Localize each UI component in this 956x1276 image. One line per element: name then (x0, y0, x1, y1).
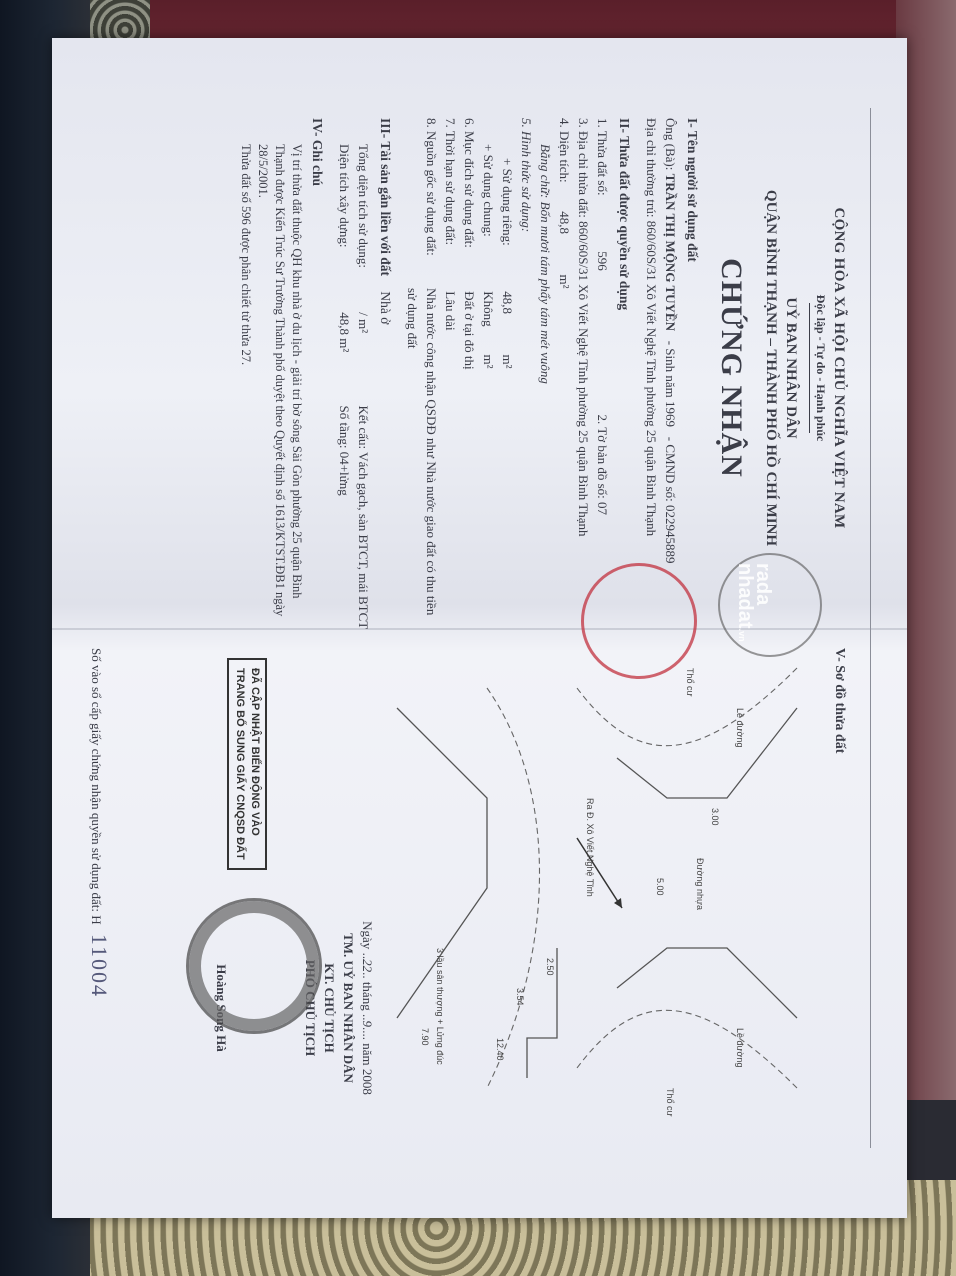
map-sheet: 2. Tờ bản đồ số: 07 (595, 415, 610, 516)
section-1-heading: I- Tên người sử dụng đất (684, 118, 700, 618)
purpose-value: Đất ở tại đô thị (462, 291, 477, 369)
registry-prefix: H (89, 915, 104, 924)
label-existing-1: Thổ cư (685, 668, 695, 697)
road-edge-2 (577, 1010, 797, 1088)
built-area-label: Diện tích xây dựng: (335, 144, 354, 309)
section-3-line: III- Tài sản gắn liền với đất Nhà ở (377, 118, 393, 618)
term-line: 7. Thời hạn sử dụng đất: Lâu dài (441, 118, 460, 618)
watermark-logo: rada nhadat.vn (733, 563, 772, 642)
area-words: Bốn mươi tám phẩy tám mét vuông (538, 202, 553, 384)
watermark-line2: nhadat (734, 563, 756, 629)
built-area-line: Diện tích xây dựng: 48,8 m² Số tầng: 04+… (335, 118, 354, 618)
document-title: CHỨNG NHẬN (714, 118, 748, 618)
origin-value: Nhà nước công nhận QSDĐ như Nhà nước gia… (403, 288, 441, 618)
owner-birth: - Sinh năm 1969 (663, 341, 678, 427)
official-seal (186, 898, 322, 1034)
area-line: 4. Diện tích: 48,8 m² (555, 118, 574, 618)
dim-4: 3.54 (515, 988, 525, 1006)
org-name: UỶ BAN NHÂN DÂN (782, 118, 799, 618)
dim-1: 3.00 (710, 808, 720, 826)
total-floor-line: Tổng diện tích sử dụng: / m² Kết cấu: Vá… (354, 118, 373, 618)
total-floor-label: Tổng diện tích sử dụng: (354, 144, 373, 309)
land-certificate-sheet: CỘNG HÒA XÃ HỘI CHỦ NGHĨA VIỆT NAM Độc l… (52, 38, 907, 1218)
parcel-line: 1. Thửa đất số: 596 2. Tờ bản đồ số: 07 (593, 118, 612, 618)
floors-value: Số tầng: 04+lửng (337, 406, 352, 496)
section-3-heading: III- Tài sản gắn liền với đất (377, 118, 393, 288)
note-1: Vị trí thửa đất thuộc QH khu nhà ở du lị… (254, 118, 305, 618)
area-unit: m² (557, 275, 572, 289)
owner-line: Ông (Bà): TRẦN THỊ MỘNG TUYỀN - Sinh năm… (661, 118, 680, 618)
issue-year: năm 2008 (360, 1043, 375, 1095)
org-district: QUẬN BÌNH THẠNH – THÀNH PHỐ HỒ CHÍ MINH (762, 118, 779, 618)
month-prefix: tháng (360, 982, 375, 1011)
diagram-labels: Ra Đ. Xô Viết Nghệ Tĩnh Đường nhựa Lề đư… (420, 668, 745, 1117)
private-use-label: + Sử dụng riêng: (498, 158, 517, 288)
arrow-head (614, 898, 622, 908)
section-5-heading: V- Sơ đồ thửa đất (831, 648, 847, 1168)
update-stamp-line2: TRANG BỔ SUNG GIẤY CNQSD ĐẤT (232, 668, 247, 860)
motto-underline (809, 303, 810, 433)
section-4-heading: IV- Ghi chú (309, 118, 325, 618)
shared-use-unit: m² (481, 355, 496, 369)
road-edge-3 (487, 688, 540, 1088)
issue-month: 9 (360, 1020, 375, 1027)
area-value: 48,8 (555, 211, 574, 271)
shared-use-label: + Sử dụng chung: (479, 144, 498, 288)
label-road: Đường nhựa (695, 858, 705, 910)
built-area-value: 48,8 m² (335, 312, 354, 402)
usage-form-label: 5. Hình thức sử dụng: (517, 118, 536, 618)
update-stamp-line1: ĐÃ CẬP NHẬT BIẾN ĐỘNG VÀO (247, 668, 262, 860)
registry-number: 11004 (87, 934, 112, 998)
origin-label: 8. Nguồn gốc sử dụng đất: (403, 118, 441, 288)
area-words-label: Bằng chữ: (538, 144, 553, 198)
date-prefix: Ngày (360, 921, 375, 949)
label-sidewalk-1: Lề đường (735, 708, 745, 747)
total-floor-value: / m² (354, 312, 373, 402)
parcel-address-line: 3. Địa chỉ thửa đất: 860/60S/31 Xô Viết … (574, 118, 593, 618)
parcel-address: 860/60S/31 Xô Viết Nghệ Tĩnh phường 25 q… (576, 221, 591, 536)
direction-arrow (577, 838, 622, 908)
label-sidewalk-2: Lề đường (735, 1028, 745, 1067)
purpose-line: 6. Mục đích sử dụng đất: Đất ở tại đô th… (460, 118, 479, 618)
registry-label: Số vào sổ cấp giấy chứng nhận quyền sử d… (89, 648, 104, 912)
origin-line: 8. Nguồn gốc sử dụng đất: Nhà nước công … (403, 118, 441, 618)
label-existing-2: Thổ cư (665, 1088, 675, 1117)
structure-value: Kết cấu: Vách gạch, sàn BTCT, mái BTCT (356, 406, 371, 630)
shared-use-value: Không (479, 291, 498, 351)
private-use-line: + Sử dụng riêng: 48,8 m² (498, 118, 517, 618)
owner-address: Địa chỉ thường trú: 860/60S/31 Xô Viết N… (642, 118, 661, 618)
shared-use-line: + Sử dụng chung: Không m² (479, 118, 498, 618)
private-use-value: 48,8 (498, 291, 517, 351)
term-value: Lâu dài (443, 291, 458, 330)
role-1: KT. CHỦ TỊCH (322, 963, 337, 1052)
owner-label: Ông (Bà): (663, 118, 678, 170)
area-words-line: Bằng chữ: Bốn mươi tám phẩy tám mét vuôn… (536, 118, 555, 618)
update-stamp: ĐÃ CẬP NHẬT BIẾN ĐỘNG VÀO TRANG BỔ SUNG … (227, 658, 267, 870)
issue-day: 22 (360, 959, 375, 972)
parcel-diagram: Ra Đ. Xô Viết Nghệ Tĩnh Đường nhựa Lề đư… (387, 648, 817, 1148)
boundary-topleft (617, 708, 797, 798)
registry-line: Số vào sổ cấp giấy chứng nhận quyền sử d… (86, 648, 112, 998)
parcel-label: 1. Thửa đất số: (593, 118, 612, 248)
motto: Độc lập - Tự do - Hạnh phúc (813, 118, 828, 618)
dim-3: 2.50 (545, 958, 555, 976)
boundary-topright (617, 948, 797, 1018)
parcel-address-label: 3. Địa chỉ thửa đất: (576, 118, 591, 218)
term-label: 7. Thời hạn sử dụng đất: (441, 118, 460, 288)
note-2: Thửa đất số 596 được phân chiết từ thửa … (237, 118, 254, 618)
watermark-suffix: .vn (737, 629, 747, 642)
issue-date: Ngày ..22.. tháng ..9.... năm 2008 (358, 858, 377, 1158)
asset-type: Nhà ở (378, 291, 393, 324)
private-use-unit: m² (500, 355, 515, 369)
dim-2: 5.00 (655, 878, 665, 896)
dim-5: 12.40 (495, 1038, 505, 1061)
label-direction: Ra Đ. Xô Viết Nghệ Tĩnh (585, 798, 595, 897)
area-label: 4. Diện tích: (555, 118, 574, 208)
right-page: V- Sơ đồ thửa đất (831, 648, 847, 1168)
dim-6: 7.90 (420, 1028, 430, 1046)
watermark-line1: rada (754, 563, 772, 642)
purpose-label: 6. Mục đích sử dụng đất: (460, 118, 479, 288)
owner-id: - CMND số: 022945889 (663, 437, 678, 564)
section-2-heading: II- Thửa đất được quyền sử dụng (616, 118, 632, 618)
nation-title: CỘNG HÒA XÃ HỘI CHỦ NGHĨA VIỆT NAM (830, 118, 847, 618)
on-behalf: TM. UỶ BAN NHÂN DÂN (341, 933, 356, 1083)
left-page: CỘNG HÒA XÃ HỘI CHỦ NGHĨA VIỆT NAM Độc l… (237, 118, 847, 618)
owner-name: TRẦN THỊ MỘNG TUYỀN (663, 174, 678, 331)
label-building: 3 lầu sân thượng + Lửng đúc (435, 948, 445, 1065)
parcel-number: 596 (593, 251, 612, 411)
